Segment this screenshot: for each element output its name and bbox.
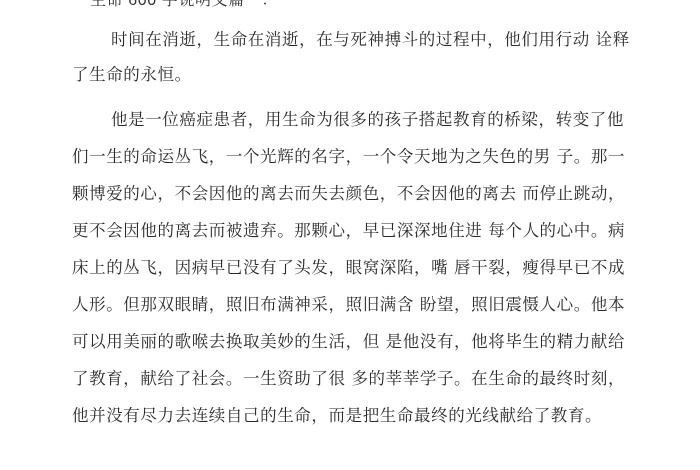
paragraph-line: 了生命的永恒。	[72, 65, 192, 85]
paragraph-line: 他并没有尽力去连续自己的生命，而是把生命最终的光线献给了教育。	[72, 406, 602, 426]
paragraph-line: 人形。但那双眼睛，照旧布满神采，照旧满含 盼望，照旧震慑人心。他本	[72, 295, 625, 315]
paragraph-line: 更不会因他的离去而被遗弃。那颗心，早已深深地住进 每个人的心中。病	[72, 221, 625, 241]
document-heading: 生命 600 字说明文篇一：	[90, 0, 278, 11]
paragraph-line: 们一生的命运丛飞，一个光辉的名字，一个令天地为之失色的男 子。那一	[72, 147, 625, 167]
document-page: 生命 600 字说明文篇一： 时间在消逝，生命在消逝，在与死神搏斗的过程中，他们…	[0, 0, 700, 470]
paragraph-line: 床上的丛飞，因病早已没有了头发，眼窝深陷，嘴 唇干裂，瘦得早已不成	[72, 258, 625, 278]
paragraph-line: 他是一位癌症患者，用生命为很多的孩子搭起教育的桥梁，转变了他	[111, 110, 624, 130]
paragraph-line: 时间在消逝，生命在消逝，在与死神搏斗的过程中，他们用行动 诠释	[111, 30, 630, 50]
paragraph-line: 了教育，献给了社会。一生资助了很 多的莘莘学子。在生命的最终时刻，	[72, 369, 625, 389]
paragraph-line: 可以用美丽的歌喉去换取美妙的生活，但 是他没有，他将毕生的精力献给	[72, 332, 625, 352]
paragraph-line: 颗博爱的心，不会因他的离去而失去颜色，不会因他的离去 而停止跳动，	[72, 184, 625, 204]
